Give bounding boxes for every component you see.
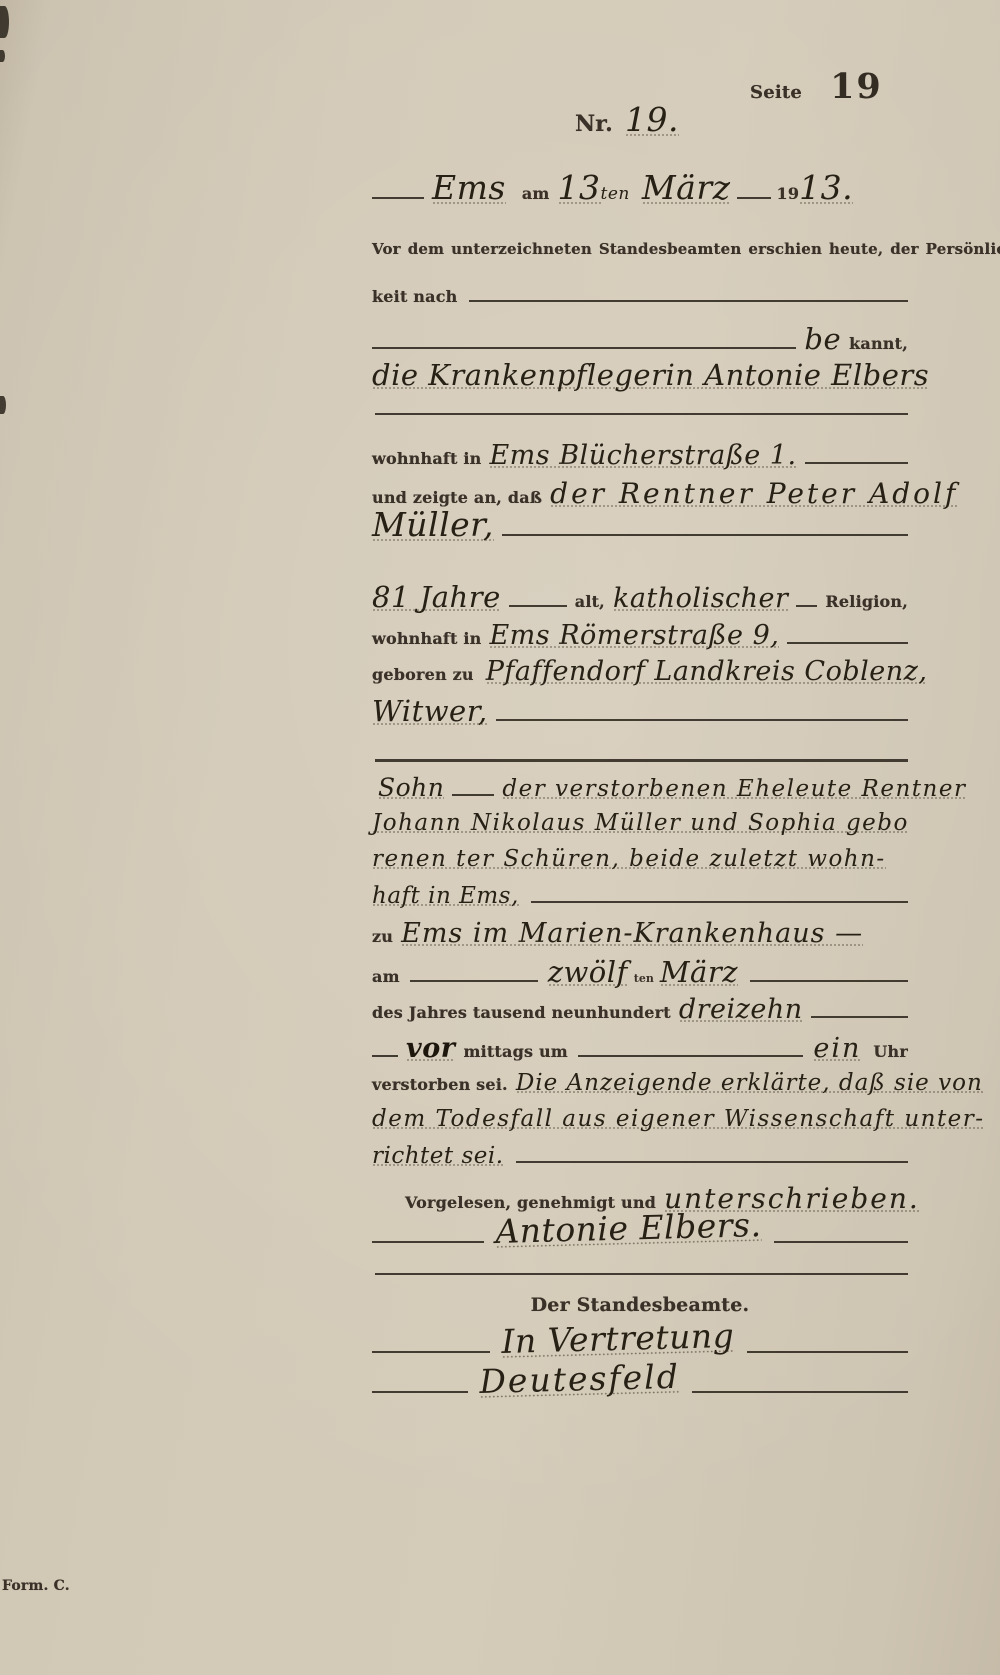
religion-handwritten: katholischer [613, 583, 788, 616]
parents-line-2: Johann Nikolaus Müller und Sophia gebo [372, 810, 908, 838]
year-printed: 19 [777, 184, 800, 203]
death-place-handwritten: Ems im Marien-Krankenhaus — [401, 918, 863, 951]
religion-label: Religion, [825, 592, 908, 611]
age-handwritten: 81 Jahre [372, 580, 501, 616]
marital-handwritten: Witwer, [372, 694, 488, 730]
blank-line [516, 1161, 908, 1163]
blank-line [372, 347, 796, 349]
blank-rule [375, 413, 908, 415]
blank-line [531, 901, 908, 903]
deceased-surname-line: Müller, [372, 505, 908, 546]
intro-text-2: keit nach [372, 287, 457, 306]
ten-label: ten [634, 972, 654, 985]
vor-handwritten: vor [406, 1033, 455, 1066]
declarant-handwritten: die Krankenpflegerin Antonie Elbers [372, 358, 929, 394]
known-printed: kannt, [849, 334, 908, 353]
year-handwritten: 13. [799, 168, 853, 209]
sohn-handwritten: Sohn [378, 773, 444, 804]
blank-line [811, 1016, 908, 1018]
alt-label: alt, [575, 592, 605, 611]
am-label: am [372, 967, 400, 986]
wohnhaft-label: wohnhaft in [372, 449, 481, 468]
ink-speck [0, 6, 9, 38]
statement-2-handwritten: dem Todesfall aus eigener Wissenschaft u… [372, 1106, 985, 1134]
marital-line: Witwer, [372, 694, 908, 730]
death-month-handwritten: März [660, 955, 738, 991]
zu-label: zu [372, 927, 393, 946]
day-suffix-handwritten: ten [601, 184, 630, 204]
year-printed-text: des Jahres tausend neunhundert [372, 1003, 671, 1022]
ink-speck [0, 50, 5, 62]
bekannt-line: be kannt, [372, 322, 908, 356]
date-line: Ems am 13ten März 19 13. [372, 168, 908, 209]
declarant-signature-line: Antonie Elbers. [372, 1212, 908, 1253]
blank-line [410, 980, 538, 982]
nr-label: Nr. [575, 111, 613, 137]
blank-line [787, 642, 908, 644]
residence-line: wohnhaft in Ems Blücherstraße 1. [372, 440, 908, 473]
blank-line [747, 1351, 908, 1353]
intro-line-2: keit nach [372, 287, 908, 306]
birthplace-line: geboren zu Pfaffendorf Landkreis Coblenz… [372, 656, 908, 689]
page-number: 19 [830, 66, 883, 107]
residence-handwritten: Ems Blücherstraße 1. [489, 440, 796, 473]
nr-value-handwritten: 19. [625, 100, 679, 141]
statement-line-3: richtet sei. [372, 1143, 908, 1171]
registrar-title: Der Standesbeamte. [531, 1294, 750, 1316]
year-handwritten-text: dreizehn [679, 994, 803, 1027]
form-label-line: Form. C. [2, 1578, 122, 1594]
form-label: Form. C. [2, 1578, 70, 1594]
statement-1-handwritten: Die Anzeigende erklärte, daß sie von [516, 1070, 983, 1098]
parents-1-handwritten: der verstorbenen Eheleute Rentner [502, 776, 966, 804]
am-label: am [522, 184, 550, 203]
statement-3-handwritten: richtet sei. [372, 1143, 504, 1171]
registrar-signature-line: Deutesfeld [372, 1362, 908, 1403]
blank-rule [375, 1273, 908, 1275]
representation-handwritten: In Vertretung [501, 1316, 735, 1363]
blank-line [750, 980, 908, 982]
blank-line [372, 1241, 484, 1243]
statement-line-2: dem Todesfall aus eigener Wissenschaft u… [372, 1106, 908, 1134]
blank-line [469, 300, 908, 302]
parents-line-1: Sohn der verstorbenen Eheleute Rentner [378, 773, 908, 804]
blank-line [578, 1055, 803, 1057]
blank-line [496, 719, 908, 721]
ink-speck [0, 396, 6, 414]
blank-line [737, 197, 771, 199]
blank-line [692, 1391, 908, 1393]
blank-line [679, 129, 739, 131]
blank-line [372, 1391, 468, 1393]
hour-handwritten: ein [813, 1033, 861, 1066]
intro-line-1: Vor dem unterzeichneten Standesbeamten e… [372, 240, 908, 258]
wohnhaft2-label: wohnhaft in [372, 629, 481, 648]
day-handwritten: 13 [558, 168, 601, 209]
declarant-line: die Krankenpflegerin Antonie Elbers [372, 358, 908, 394]
blank-line [502, 534, 908, 536]
parents-line-3: renen ter Schüren, beide zuletzt wohn- [372, 846, 908, 874]
parents-3-handwritten: renen ter Schüren, beide zuletzt wohn- [372, 846, 886, 874]
death-place-line: zu Ems im Marien-Krankenhaus — [372, 918, 908, 951]
parents-2-handwritten: Johann Nikolaus Müller und Sophia gebo [372, 810, 909, 838]
residence2-handwritten: Ems Römerstraße 9, [489, 620, 779, 653]
declarant-signature-handwritten: Antonie Elbers. [495, 1205, 762, 1253]
death-day-handwritten: zwölf [548, 955, 628, 991]
birthplace-handwritten: Pfaffendorf Landkreis Coblenz, [486, 656, 928, 689]
blank-line [452, 794, 494, 796]
death-year-line: des Jahres tausend neunhundert dreizehn [372, 994, 908, 1027]
place-handwritten: Ems [432, 168, 506, 209]
blank-line [920, 1206, 940, 1208]
section-rule [375, 759, 908, 762]
record-number-line: Nr. 19. [575, 100, 765, 141]
blank-line [774, 1241, 908, 1243]
blank-line [372, 1351, 490, 1353]
residence2-line: wohnhaft in Ems Römerstraße 9, [372, 620, 908, 653]
registrar-signature-handwritten: Deutesfeld [479, 1357, 680, 1403]
page-header: Seite 19 [750, 66, 920, 107]
intro-text-1: Vor dem unterzeichneten Standesbeamten e… [372, 240, 1000, 258]
death-register-page: Seite 19 Nr. 19. Ems am 13ten März 19 13… [0, 0, 1000, 1675]
blank-line [509, 605, 567, 607]
uhr-label: Uhr [873, 1042, 908, 1061]
parents-line-4: haft in Ems, [372, 883, 908, 911]
blank-line [372, 1055, 398, 1057]
death-date-line: am zwölf ten März [372, 955, 908, 991]
blank-line [372, 197, 424, 199]
verstorben-label: verstorben sei. [372, 1075, 508, 1094]
registrar-title-line: Der Standesbeamte. [372, 1294, 908, 1316]
parents-4-handwritten: haft in Ems, [372, 883, 519, 911]
geboren-label: geboren zu [372, 665, 474, 684]
known-handwritten: be [804, 322, 841, 356]
statement-line-1: verstorben sei. Die Anzeigende erklärte,… [372, 1070, 908, 1098]
deceased-name-2-handwritten: Müller, [372, 505, 494, 546]
month-handwritten: März [642, 168, 731, 209]
death-time-line: vor mittags um ein Uhr [372, 1033, 908, 1066]
mittags-label: mittags um [463, 1042, 567, 1061]
age-religion-line: 81 Jahre alt, katholischer Religion, [372, 580, 908, 616]
blank-line [805, 462, 908, 464]
blank-line [796, 605, 817, 607]
